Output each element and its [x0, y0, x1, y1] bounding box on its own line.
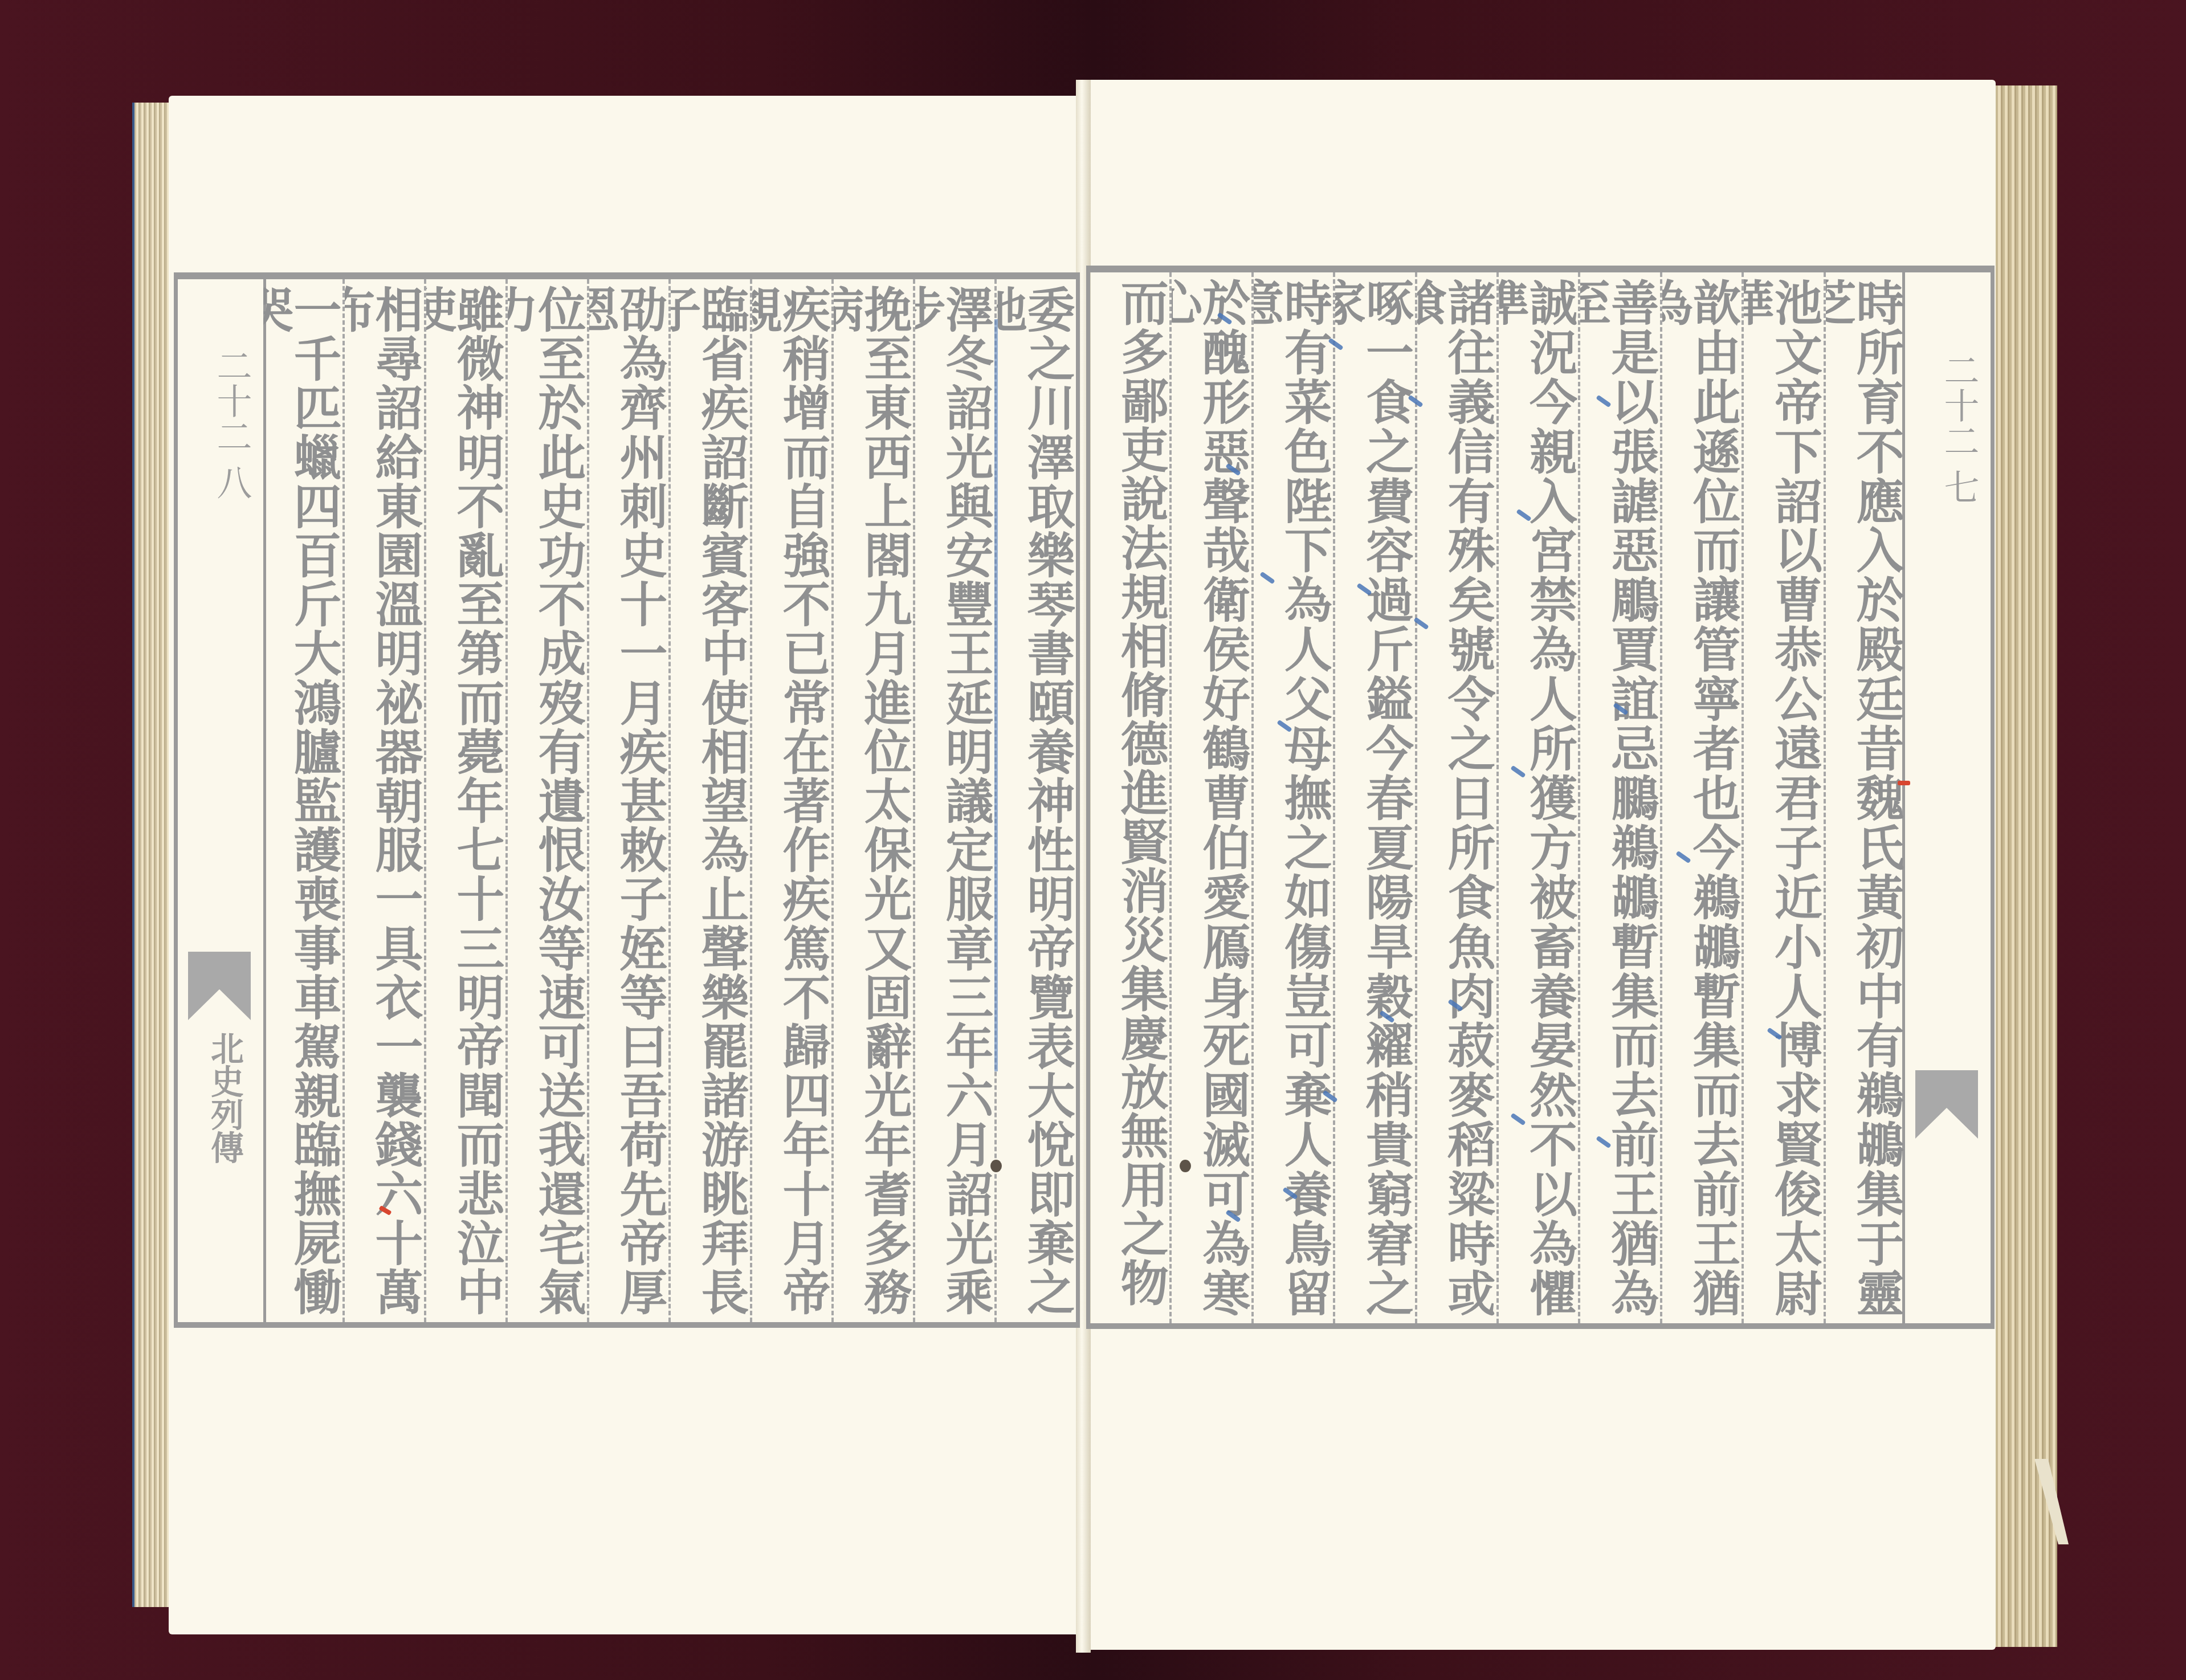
text-column: 諸往義信有殊矣號令之日所食魚肉菽麥稻粱時或飡 — [1415, 272, 1496, 1323]
right-text-frame: 二十二 七 時所育不應入於殿廷昔魏氏黃初中有鵜鶘集于靈芝 池文帝下詔以曹恭公遠君… — [1086, 266, 1995, 1329]
text-column: 委之川澤取樂琴書頤養神性明帝覽表大悅即棄之池 — [994, 279, 1076, 1322]
text-column: 時所育不應入於殿廷昔魏氏黃初中有鵜鶘集于靈芝 — [1824, 272, 1905, 1323]
text-column: 挽至東西上閤九月進位太保光又固辭光年耆多務病 — [831, 279, 913, 1322]
left-text-columns: 委之川澤取樂琴書頤養神性明帝覽表大悅即棄之池 澤冬詔光與安豐王延明議定服章三年六… — [263, 279, 1076, 1322]
right-text-columns: 時所育不應入於殿廷昔魏氏黃初中有鵜鶘集于靈芝 池文帝下詔以曹恭公遠君子近小人博求… — [1090, 272, 1905, 1323]
left-center-margin: 北史列傳 二十二 八 — [178, 279, 266, 1322]
text-column: 相尋詔給東園溫明祕器朝服一具衣一襲錢六十萬布 — [342, 279, 424, 1322]
text-column: 臨省疾詔斷賓客中使相望為止聲樂罷諸游眺拜長子 — [668, 279, 750, 1322]
text-column: 啄一食之費容過斤鎰今春夏陽旱穀糴稍貴窮窘之家 — [1333, 272, 1414, 1323]
text-column: 雖微神明不亂至第而薨年七十三明帝聞而悲泣中使 — [424, 279, 505, 1322]
text-column: 池文帝下詔以曹恭公遠君子近小人博求賢俊太尉華 — [1742, 272, 1823, 1323]
text-column: 善是以張謔惡鵰賈誼忌鵩鵜鶘暫集而去前王猶為至 — [1578, 272, 1659, 1323]
center-margin-folio: 二十二 七 — [1934, 352, 1984, 505]
text-column: 誠況今親入宮禁為人所獲方被畜養晏然不以為懼準 — [1496, 272, 1578, 1323]
center-margin-folio: 二十二 八 — [206, 348, 257, 500]
center-margin-title: 北史列傳 — [201, 1031, 248, 1164]
right-page-block-edge — [1989, 85, 2057, 1647]
text-column: 澤冬詔光與安豐王延明議定服章三年六月詔光乘步 — [913, 279, 994, 1322]
text-column: 一千匹蠟四百斤大鴻臚監護喪事車駕親臨撫屍慟哭 — [263, 279, 342, 1322]
left-page-block-edge — [132, 103, 174, 1607]
text-column: 而多鄙吏說法規相脩德進賢消災集慶放無用之物 — [1090, 272, 1169, 1323]
text-column: 歆由此遜位而讓管寧者也今鵜鶘暫集而去前王猶為 — [1660, 272, 1742, 1323]
left-text-frame: 北史列傳 二十二 八 委之川澤取樂琴書頤養神性明帝覽表大悅即棄之池 澤冬詔光與安… — [174, 272, 1080, 1328]
binding-hole — [1180, 1160, 1191, 1172]
blue-annotation-line — [994, 319, 998, 1071]
fish-tail-mark-upper — [188, 952, 251, 1020]
text-column: 時有菜色陛下為人父母撫之如傷豈可棄人養鳥留意 — [1251, 272, 1333, 1323]
text-column: 劭為齊州刺史十一月疾甚敕子姪等曰吾荷先帝厚恩 — [587, 279, 668, 1322]
right-center-margin: 二十二 七 — [1902, 272, 1991, 1323]
text-column: 位至於此史功不成歿有遺恨汝等速可送我還宅氣力 — [505, 279, 587, 1322]
red-mark — [1898, 781, 1910, 785]
text-column: 疾稍增而自強不已常在著作疾篤不歸四年十月帝親 — [750, 279, 831, 1322]
binding-hole — [990, 1160, 1002, 1172]
fish-tail-mark — [1915, 1070, 1978, 1139]
